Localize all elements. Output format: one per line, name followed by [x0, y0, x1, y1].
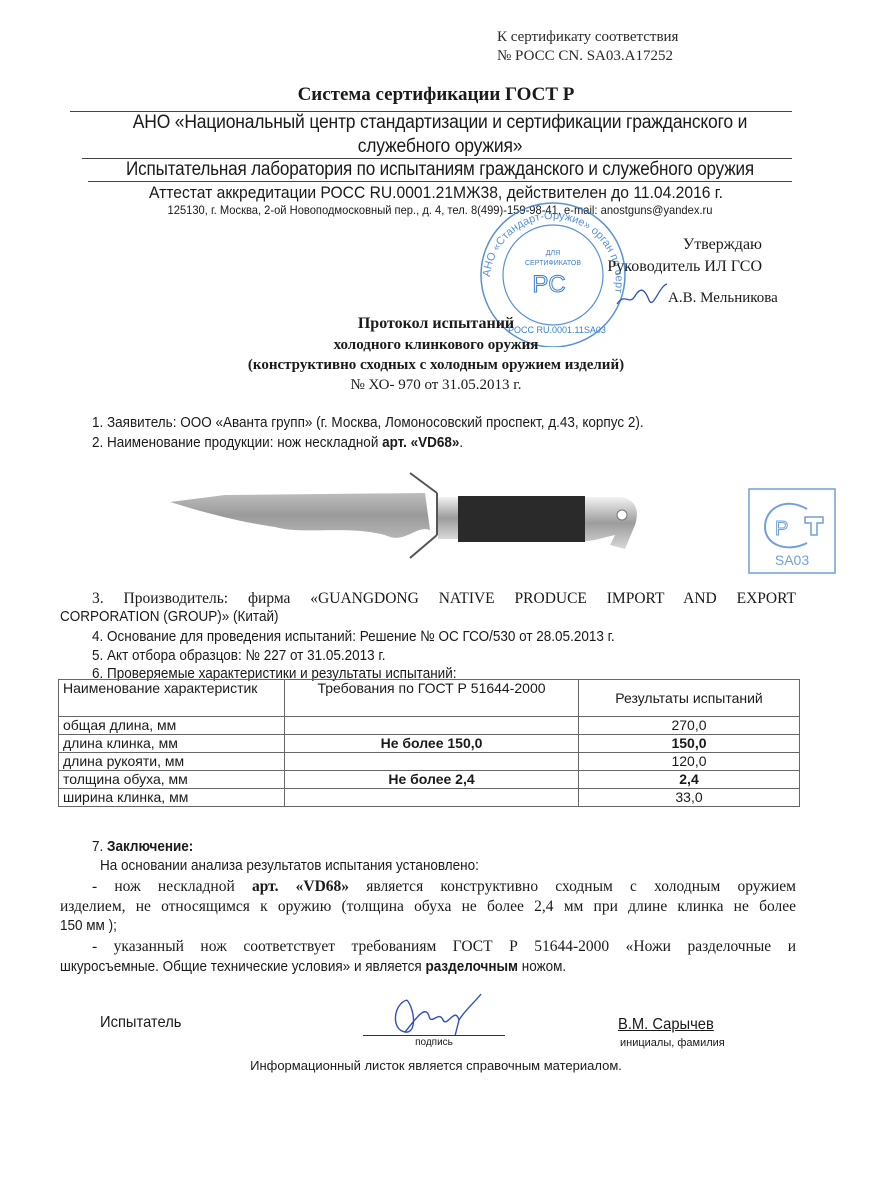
certificate-reference: К сертификату соответствия № РОСС CN. SA… [497, 28, 678, 66]
conclusion-intro: На основании анализа результатов испытан… [100, 857, 479, 874]
approval-role: Руководитель ИЛ ГСО [607, 256, 762, 278]
tester-signature-icon [385, 990, 485, 1038]
signature-line [363, 1035, 505, 1036]
svg-text:PC: PC [532, 271, 565, 298]
conclusion-p2-line-1: - указанный нож соответствует требования… [60, 938, 796, 956]
organization-line-1: АНО «Национальный центр стандартизации и… [90, 111, 789, 135]
results-table: Наименование характеристик Требования по… [58, 679, 800, 807]
protocol-subtitle-1: холодного клинкового оружия [0, 337, 872, 354]
header-rule-3 [88, 181, 792, 182]
reference-line-1: К сертификату соответствия [497, 28, 678, 47]
knife-image [165, 465, 725, 570]
table-header-row: Наименование характеристик Требования по… [59, 680, 800, 717]
tester-label: Испытатель [100, 1014, 181, 1032]
item-basis: 4. Основание для проведения испытаний: Р… [92, 628, 615, 645]
reference-line-2: № РОСС CN. SA03.A17252 [497, 47, 678, 66]
conclusion-heading: 7. Заключение: [92, 838, 193, 855]
approver-signature-icon [615, 282, 670, 310]
protocol-title: Протокол испытаний [0, 315, 872, 333]
item-sampling: 5. Акт отбора образцов: № 227 от 31.05.2… [92, 647, 385, 664]
svg-text:P: P [775, 518, 788, 540]
protocol-number: № ХО- 970 от 31.05.2013 г. [0, 377, 872, 394]
item-applicant: 1. Заявитель: ООО «Аванта групп» (г. Мос… [92, 414, 644, 431]
table-row: ширина клинка, мм 33,0 [59, 789, 800, 807]
signature-caption: подпись [363, 1037, 505, 1048]
product-article: арт. «VD68» [382, 434, 459, 451]
approval-label: Утверждаю [607, 234, 762, 256]
svg-text:ДЛЯ: ДЛЯ [546, 250, 560, 257]
conclusion-p1-line-1: - нож нескладной арт. «VD68» является ко… [60, 878, 796, 896]
tester-name: В.М. Сарычев [618, 1016, 714, 1034]
approver-name: А.В. Мельникова [668, 290, 778, 307]
header-requirement: Требования по ГОСТ Р 51644-2000 [285, 680, 579, 717]
svg-text:SA03: SA03 [775, 552, 809, 568]
table-row: длина клинка, мм Не более 150,0 150,0 [59, 735, 800, 753]
certification-system-title: Система сертификации ГОСТ Р [0, 84, 872, 106]
conclusion-p1-line-2: изделием, не относящимся к оружию (толщи… [60, 898, 796, 916]
conclusion-p2-line-2: шкуросъемные. Общие технические условия»… [60, 958, 566, 975]
item-manufacturer-line-2: CORPORATION (GROUP)» (Китай) [60, 608, 278, 625]
organization-name: АНО «Национальный центр стандартизации и… [90, 111, 789, 159]
conclusion-p1-line-3: 150 мм ); [60, 917, 117, 934]
header-characteristic: Наименование характеристик [59, 680, 285, 717]
rst-conformity-mark-icon: P SA03 [747, 487, 837, 575]
table-row: толщина обуха, мм Не более 2,4 2,4 [59, 771, 800, 789]
organization-line-2: служебного оружия» [90, 135, 789, 159]
accreditation: Аттестат аккредитации РОСС RU.0001.21МЖ3… [35, 183, 837, 203]
tester-name-caption: инициалы, фамилия [620, 1037, 725, 1049]
svg-text:СЕРТИФИКАТОВ: СЕРТИФИКАТОВ [525, 260, 581, 267]
table-row: длина рукояти, мм 120,0 [59, 753, 800, 771]
laboratory-name: Испытательная лаборатория по испытаниям … [80, 159, 800, 181]
approval-block: Утверждаю Руководитель ИЛ ГСО [607, 234, 762, 278]
footer-note: Информационный листок является справочны… [0, 1058, 872, 1073]
item-manufacturer-line-1: 3. Производитель: фирма «GUANGDONG NATIV… [60, 590, 796, 608]
item-product: 2. Наименование продукции: нож нескладно… [92, 434, 463, 451]
header-result: Результаты испытаний [579, 680, 800, 717]
protocol-subtitle-2: (конструктивно сходных с холодным оружие… [0, 357, 872, 374]
table-row: общая длина, мм 270,0 [59, 717, 800, 735]
lab-address: 125130, г. Москва, 2-ой Новоподмосковный… [68, 203, 812, 217]
